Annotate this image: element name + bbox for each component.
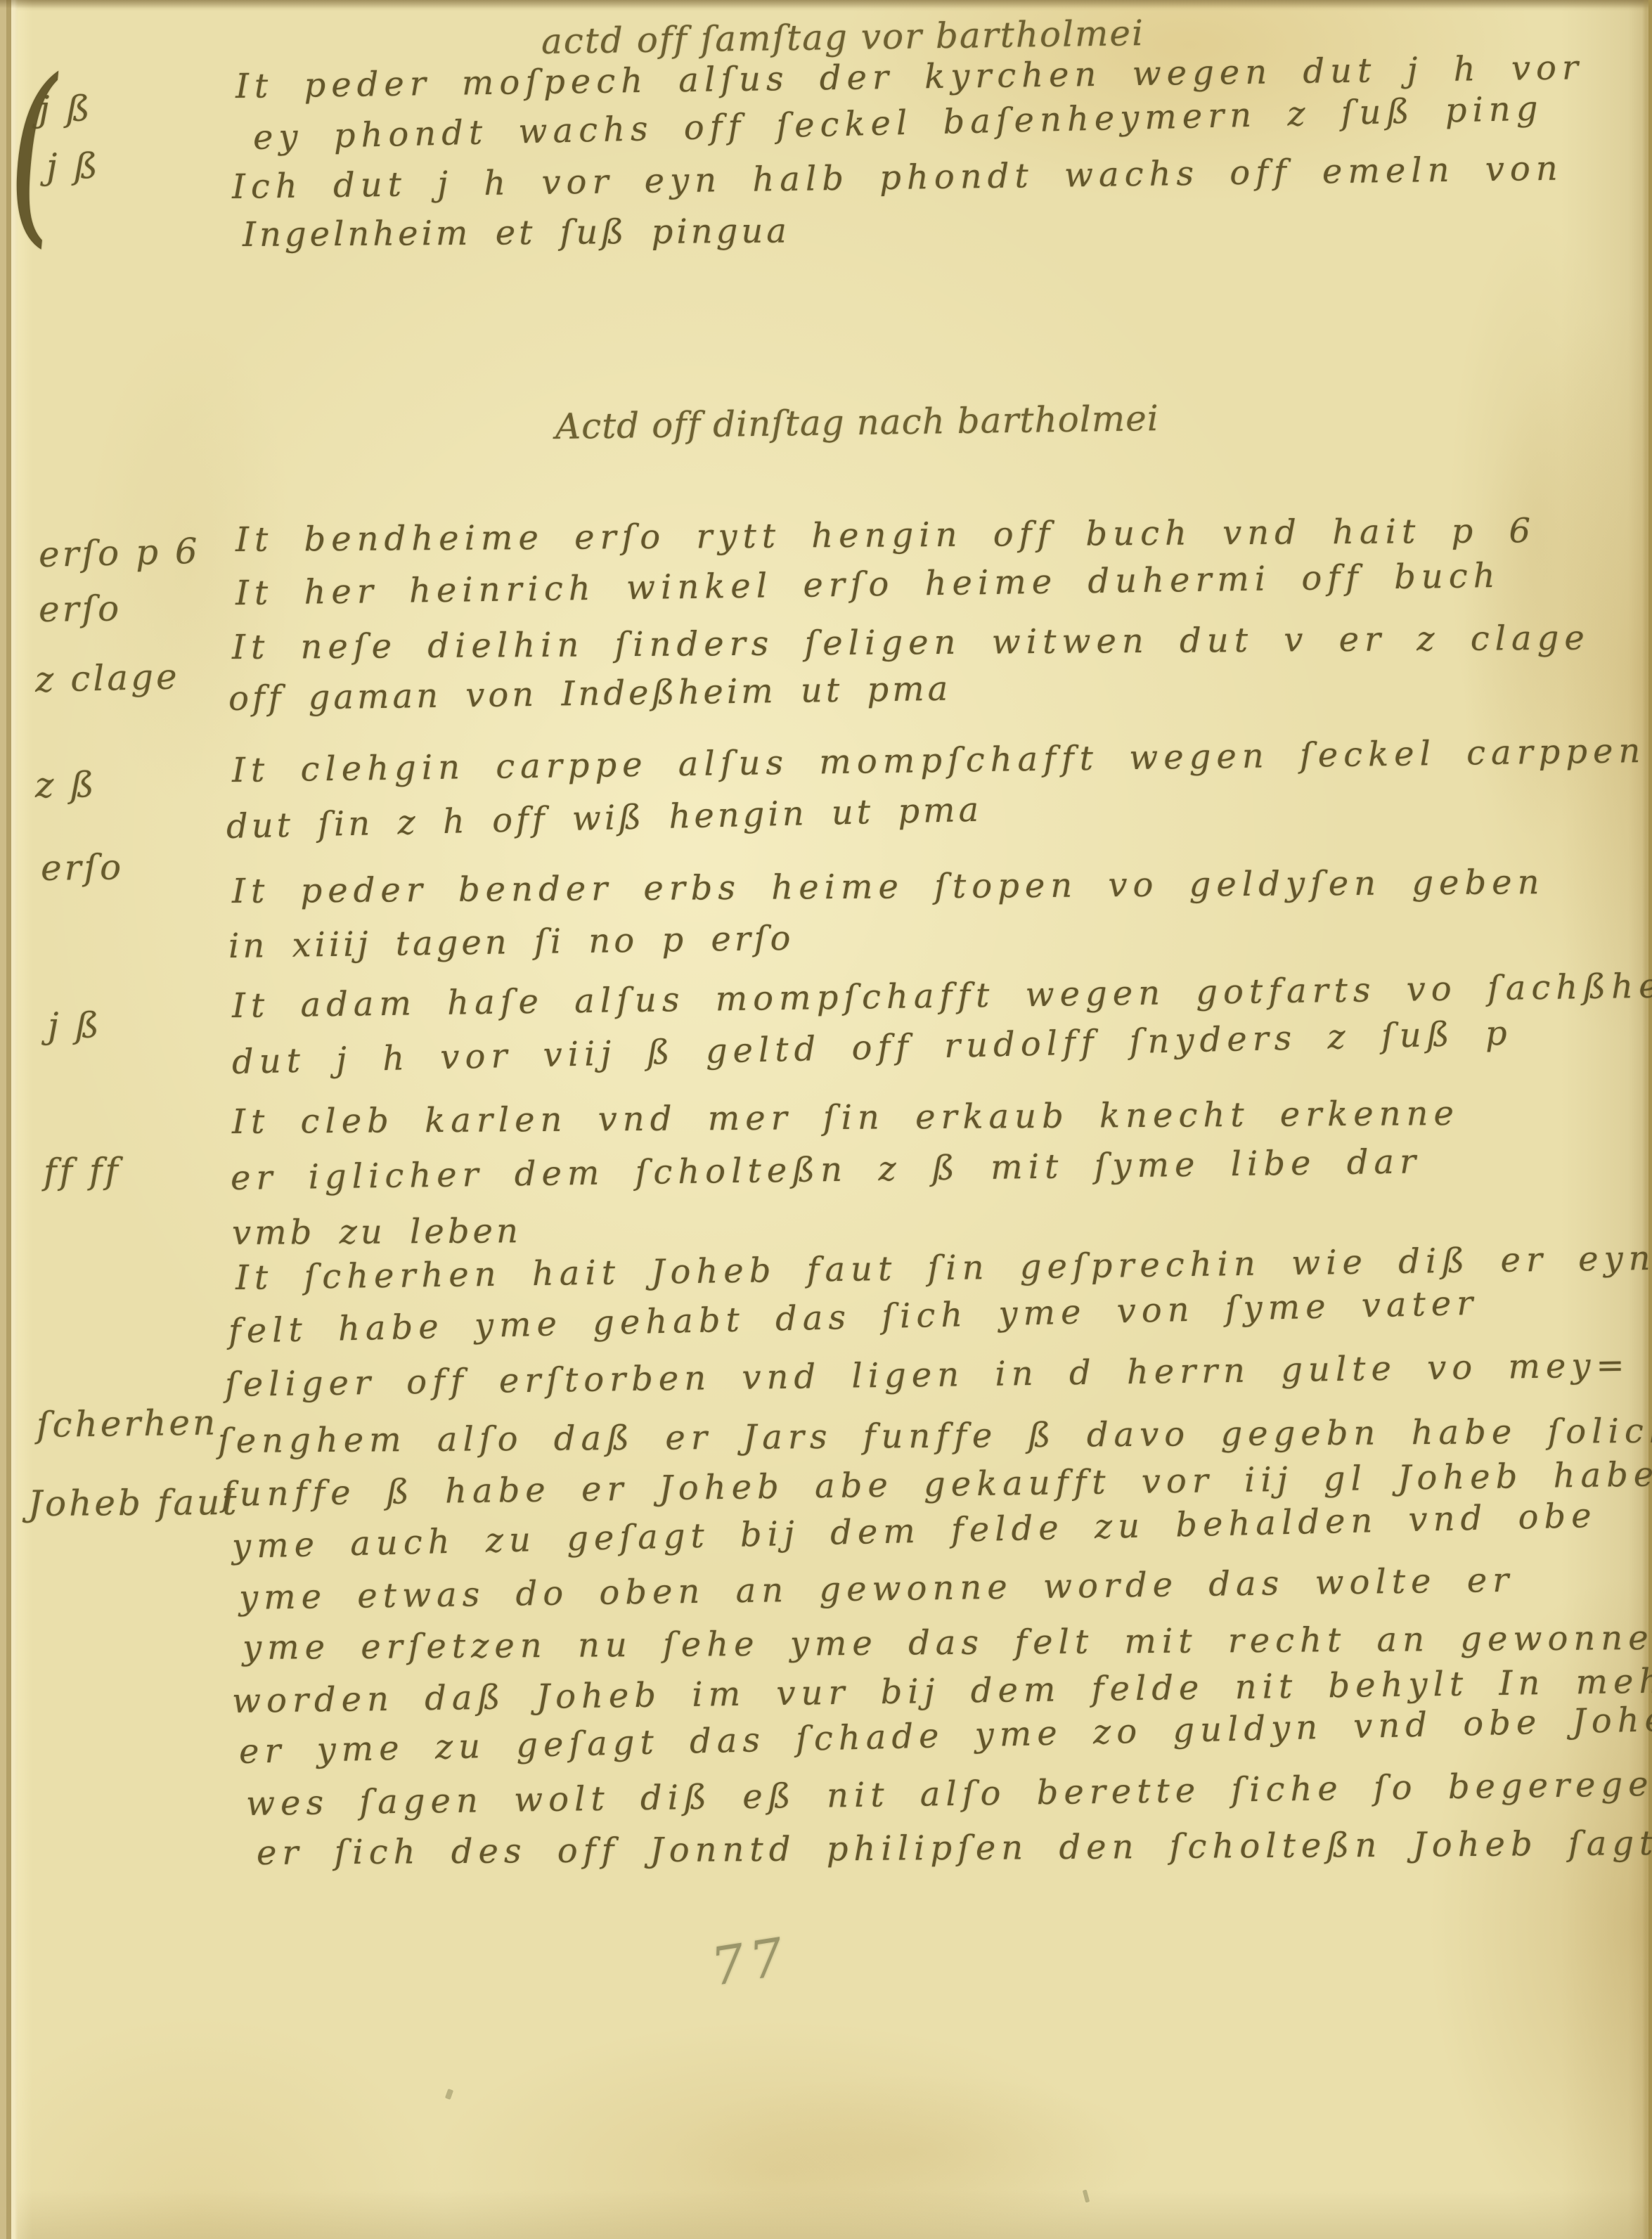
court-entry-3-line-2: off gaman von Indeßheim ut pma: [228, 669, 952, 718]
page-top-edge: [0, 0, 1652, 8]
margin-note-z-schilling: z ß: [35, 764, 97, 806]
dispute-line-4: ſenghem alſo daß er Jars funffe ß davo g…: [218, 1412, 1652, 1461]
dispute-line-8: yme erſetzen nu ſehe yme das felt mit re…: [243, 1618, 1652, 1667]
page-left-edge: [0, 0, 18, 2239]
margin-note-ff-ff: ff ff: [44, 1150, 122, 1192]
pencil-mark: [445, 2089, 453, 2100]
court-entry-1-line-1: It bendheime erſo rytt hengin off buch v…: [235, 511, 1536, 560]
court-entry-3-line-1: It neſe dielhin ſinders ſeligen witwen d…: [232, 619, 1590, 667]
court-entry-7-line-3: vmb zu leben: [232, 1211, 522, 1253]
margin-note-shilling-3: j ß: [48, 1005, 102, 1046]
court-entry-7-line-1: It cleb karlen vnd mer ſin erkaub knecht…: [232, 1094, 1459, 1142]
dispute-line-11: wes ſagen wolt diß eß nit alſo berette ſ…: [246, 1764, 1652, 1824]
entry-wax-line-3: Ich dut j h vor eyn halb phondt wachs of…: [232, 149, 1563, 207]
court-entry-5-line-1: It peder bender erbs heime ſtopen vo gel…: [232, 863, 1545, 911]
heading-tuesday: Actd off dinſtag nach bartholmei: [555, 398, 1160, 447]
margin-note-erso-p6: erſo p 6: [38, 531, 200, 575]
court-entry-7-line-2: er iglicher dem ſcholteßn z ß mit ſyme l…: [231, 1142, 1422, 1198]
dispute-line-12: er ſich des off Jonntd philipſen den ſch…: [257, 1824, 1652, 1873]
margin-note-joheb-faut: Joheb faut: [28, 1482, 240, 1524]
margin-note-erso-1: erſo: [39, 588, 122, 630]
margin-note-scherhen: ſcherhen: [37, 1402, 219, 1445]
court-entry-2-line-1: It her heinrich winkel erſo heime duherm…: [235, 556, 1501, 613]
court-entry-6-line-2: dut j h vor viij ß geltd off rudolff ſny…: [231, 1014, 1513, 1082]
manuscript-page: actd off ſamſtag vor bartholmei ( j ß j …: [0, 0, 1652, 2239]
court-entry-4-line-1: It clehgin carppe alſus mompſchafft wege…: [232, 731, 1646, 790]
dispute-line-3: ſeliger off erſtorben vnd ligen in d her…: [225, 1346, 1630, 1405]
page-right-edge: [1642, 0, 1652, 2239]
court-entry-4-line-2: dut ſin z h off wiß hengin ut pma: [226, 790, 982, 846]
margin-note-shilling-2: j ß: [46, 146, 101, 187]
pencil-mark: [1083, 2190, 1090, 2203]
dispute-line-7: yme etwas do oben an gewonne worde das w…: [239, 1561, 1515, 1618]
margin-note-z-clage: z clage: [34, 656, 180, 700]
heading-saturday: actd off ſamſtag vor bartholmei: [541, 13, 1145, 62]
margin-note-shilling-1: j ß: [39, 88, 93, 129]
margin-note-erso-2: erſo: [41, 846, 124, 889]
paper-stain: [668, 2074, 1160, 2228]
folio-number: 77: [707, 1926, 793, 1998]
entry-wax-line-4: Ingelnheim et ſuß pingua: [243, 212, 790, 254]
court-entry-5-line-2: in xiiij tagen ſi no p erſo: [228, 919, 794, 966]
